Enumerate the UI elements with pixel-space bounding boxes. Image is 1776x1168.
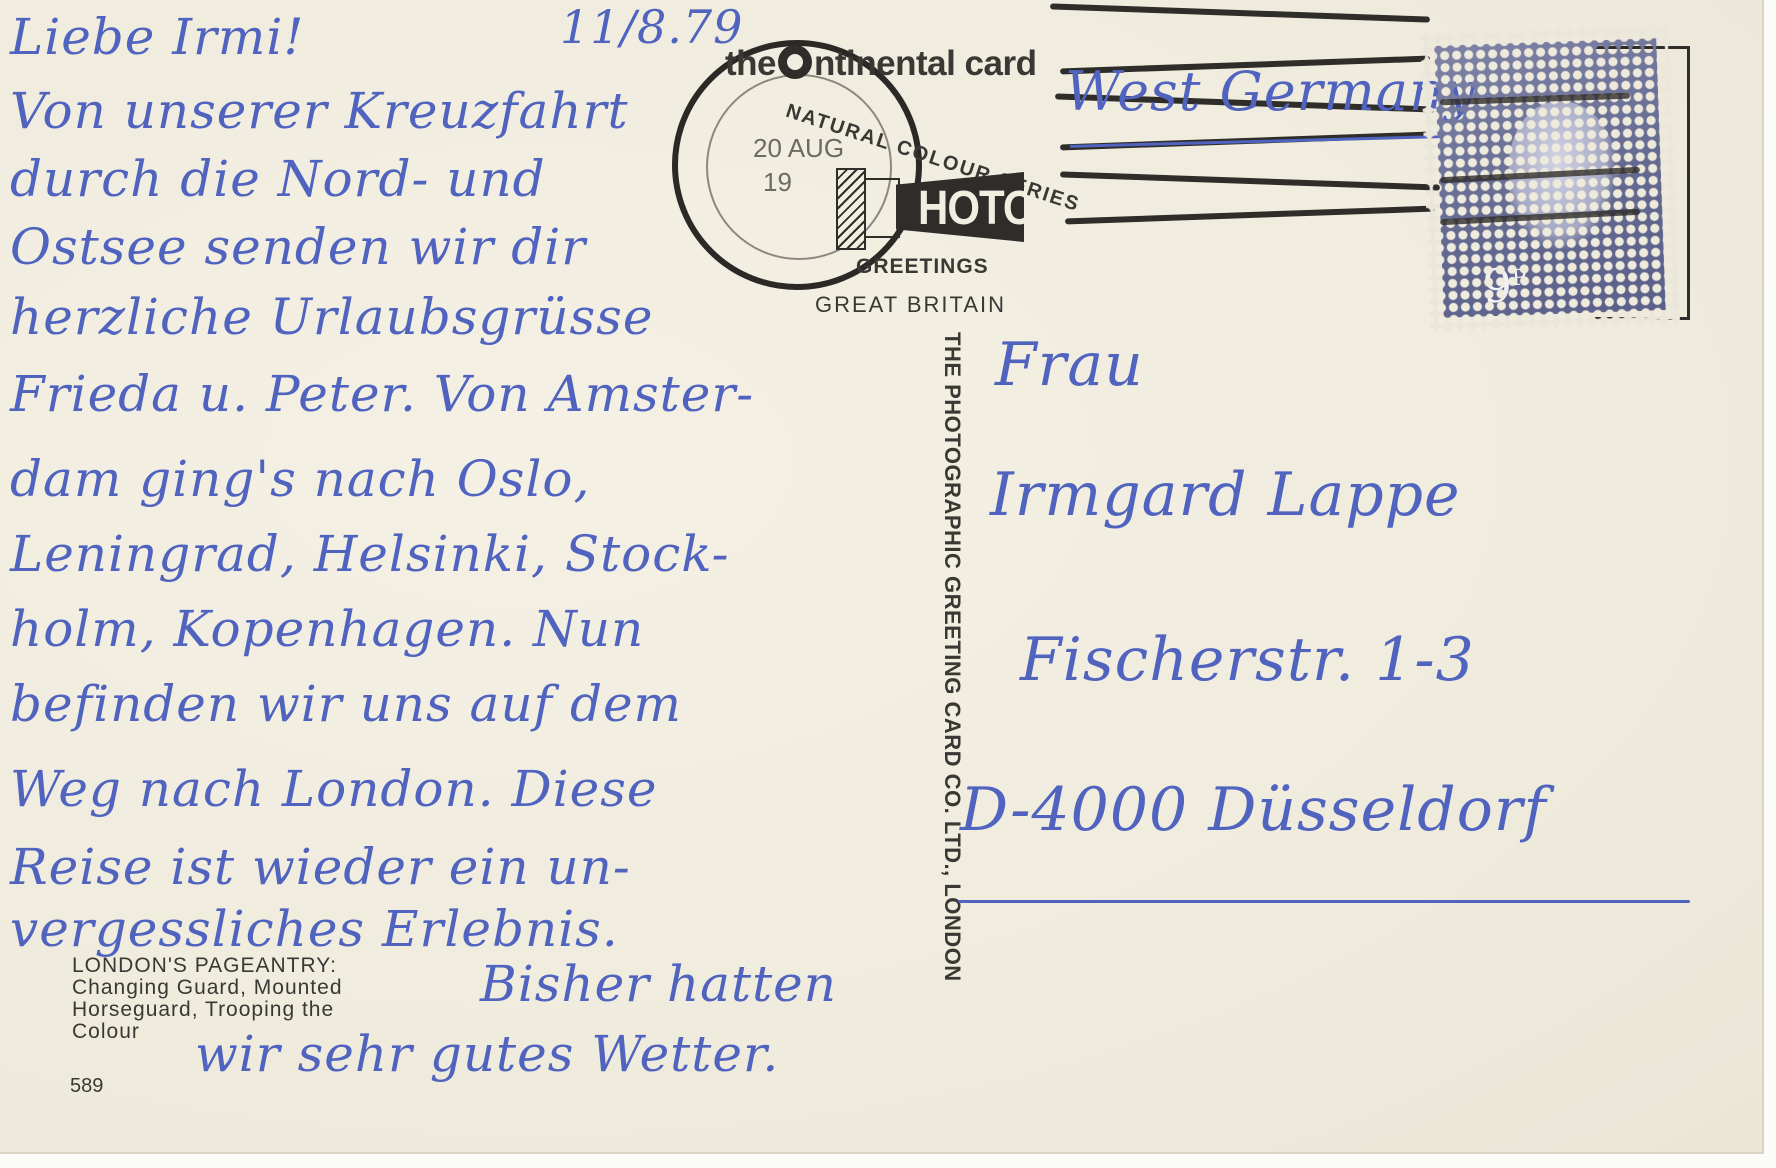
card-number: 589 (70, 1075, 103, 1098)
message-line: Frieda u. Peter. Von Amster- (10, 365, 754, 423)
postmark-date: 20 AUG 19 (753, 131, 844, 199)
greetings-label: GREETINGS (856, 255, 989, 279)
message-line: herzliche Urlaubsgrüsse (10, 288, 653, 346)
address-underline (958, 900, 1690, 903)
message-line: Liebe Irmi! (10, 8, 304, 66)
cancellation-line (1065, 206, 1435, 225)
cancellation-line (1050, 3, 1430, 22)
handwritten-date: 11/8.79 (560, 0, 743, 54)
message-line: Ostsee senden wir dir (10, 218, 586, 276)
camera-lens-icon (864, 178, 900, 238)
message-line: Bisher hatten (480, 955, 837, 1013)
publisher-brand: thentinental card (725, 44, 1036, 84)
country-label: GREAT BRITAIN (815, 292, 1006, 318)
message-line: befinden wir uns auf dem (10, 675, 682, 733)
message-line: durch die Nord- und (10, 150, 546, 208)
message-line: Weg nach London. Diese (10, 760, 657, 818)
handwritten-country-note: West Germany (1065, 60, 1476, 123)
message-line: Von unserer Kreuzfahrt (10, 82, 629, 140)
address-city: D-4000 Düsseldorf (960, 775, 1547, 845)
message-line: Leningrad, Helsinki, Stock- (10, 525, 730, 583)
photo-banner-text: HOTO (918, 180, 1035, 235)
publisher-vertical-text: THE PHOTOGRAPHIC GREETING CARD CO. LTD.,… (935, 332, 965, 1012)
brand-prefix: the (725, 44, 776, 83)
address-street: Fischerstr. 1-3 (1020, 625, 1475, 695)
photo-banner: HOTO (896, 172, 1024, 242)
message-line: vergessliches Erlebnis. (10, 900, 619, 958)
message-line: Reise ist wieder ein un- (10, 838, 631, 896)
cancellation-line (1060, 171, 1440, 190)
postcard-back: 11/8.79 Liebe Irmi! Von unserer Kreuzfah… (0, 0, 1764, 1154)
caption-line: Horseguard, Trooping the (72, 999, 343, 1021)
caption-title: LONDON'S PAGEANTRY: (72, 955, 343, 977)
stamp-value: 9P (1482, 258, 1528, 314)
address-salutation: Frau (995, 330, 1144, 400)
continental-globe-logo-icon (778, 45, 812, 79)
postmark-year-line: 19 (753, 165, 844, 199)
photo-camera-logo-icon: HOTO (836, 168, 1026, 246)
caption-line: Changing Guard, Mounted (72, 977, 343, 999)
message-line: holm, Kopenhagen. Nun (10, 600, 644, 658)
card-caption: LONDON'S PAGEANTRY: Changing Guard, Moun… (72, 955, 343, 1043)
caption-line: Colour (72, 1021, 343, 1043)
message-line: dam ging's nach Oslo, (10, 450, 590, 508)
camera-body-icon (836, 168, 866, 250)
address-name: Irmgard Lappe (990, 460, 1461, 530)
brand-suffix: ntinental card (814, 44, 1036, 83)
